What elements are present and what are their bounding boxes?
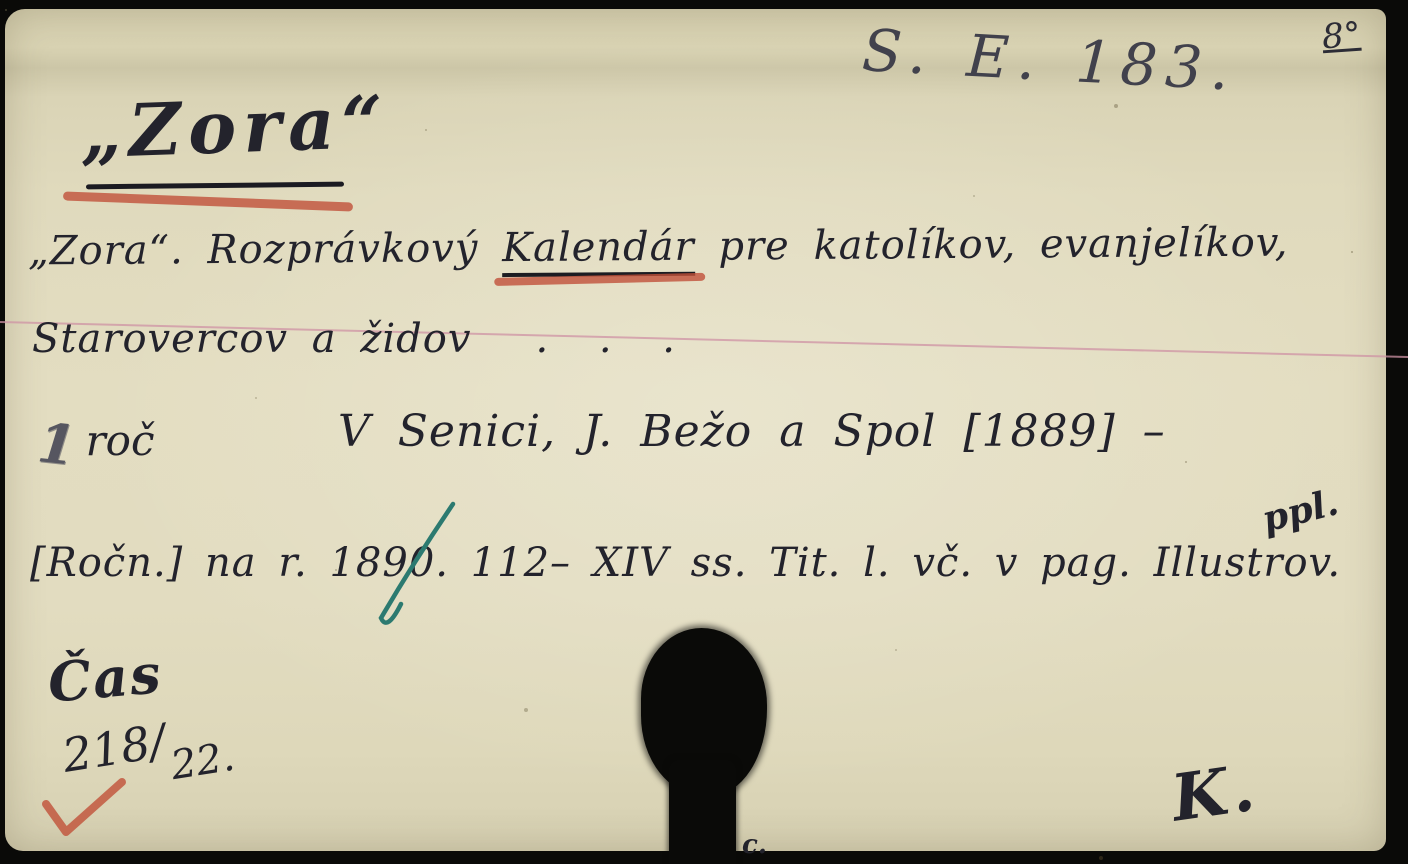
description-line-1-pre: „Zora“. Rozprávkový: [28, 225, 502, 274]
ellipsis-dots: . . .: [535, 316, 689, 362]
volume-note: 1roč: [38, 404, 154, 468]
collation-year: 1890: [329, 540, 435, 586]
description-line-1-post: pre katolíkov, evanjelíkov,: [694, 220, 1288, 270]
format-mark: 8°: [1321, 15, 1362, 58]
imprint-line: V Senici, J. Bežo a Spol [1889] –: [338, 406, 1166, 457]
collation-post: . 112– XIV ss. Tit. l. vč. v pag. Illust…: [435, 540, 1341, 586]
category-abbreviation: Čas: [45, 641, 165, 715]
description-line-2: Starovercov a židov. . .: [32, 316, 689, 362]
stray-ink-mark: c.: [742, 830, 767, 860]
hole-punch-stem: [669, 760, 736, 864]
card-title: „Zora“: [79, 79, 392, 175]
collation-pre: [Ročn.] na r.: [30, 540, 329, 586]
description-line-1: „Zora“. Rozprávkový Kalendár pre katolík…: [28, 220, 1289, 275]
collation-line: [Ročn.] na r. 1890. 112– XIV ss. Tit. l.…: [30, 540, 1341, 586]
cataloguer-initial: K.: [1167, 750, 1263, 836]
description-underlined-word: Kalendár: [502, 224, 695, 277]
shelf-denominator: 22.: [168, 734, 238, 789]
volume-number-pencil: 1: [35, 410, 79, 478]
volume-label: roč: [86, 416, 155, 465]
paper-specks: [5, 9, 7, 11]
